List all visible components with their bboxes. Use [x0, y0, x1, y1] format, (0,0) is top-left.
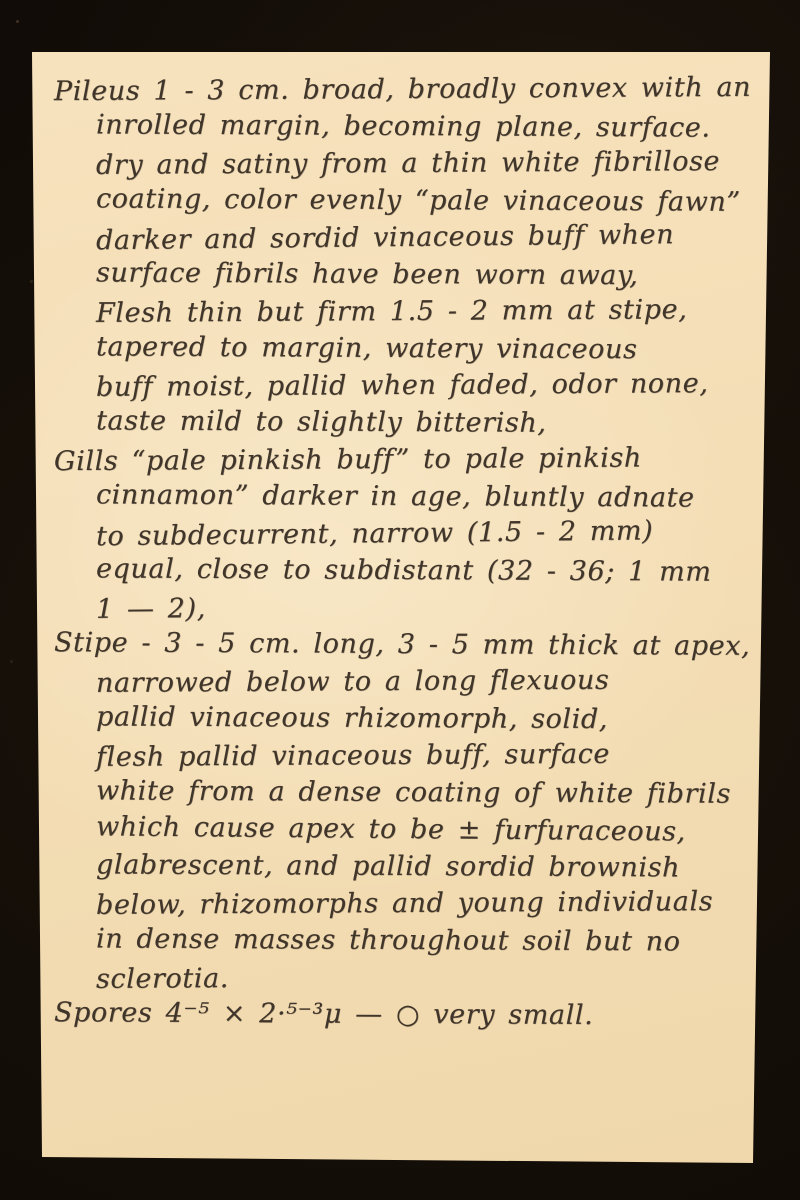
index-card: Pileus 1 - 3 cm. broad, broadly convex w… — [32, 52, 770, 1163]
handwritten-line: to subdecurrent, narrow (1.5 - 2 mm) — [54, 516, 752, 551]
handwritten-line: coating, color evenly “pale vinaceous fa… — [54, 185, 752, 217]
handwritten-note: Pileus 1 - 3 cm. broad, broadly convex w… — [32, 52, 770, 1038]
handwritten-line: glabrescent, and pallid sordid brownish — [54, 851, 752, 883]
handwritten-line: dry and satiny from a thin white fibrill… — [54, 148, 752, 180]
fabric-speck-texture — [16, 20, 19, 23]
handwritten-line: in dense masses throughout soil but no — [54, 925, 752, 957]
handwritten-line: white from a dense coating of white fibr… — [54, 777, 752, 809]
handwritten-line: sclerotia. — [54, 962, 752, 994]
handwritten-line-pileus-start: Pileus 1 - 3 cm. broad, broadly convex w… — [54, 74, 752, 106]
handwritten-line: Flesh thin but firm 1.5 - 2 mm at stipe, — [54, 296, 752, 328]
handwritten-line: which cause apex to be ± furfuraceous, — [54, 813, 752, 847]
handwritten-line: buff moist, pallid when faded, odor none… — [54, 370, 752, 402]
handwritten-line: taste mild to slightly bitterish, — [54, 407, 752, 439]
handwritten-line: below, rhizomorphs and young individuals — [54, 888, 752, 920]
handwritten-line: flesh pallid vinaceous buff, surface — [54, 740, 752, 772]
handwritten-line: darker and sordid vinaceous buff when — [54, 220, 752, 255]
handwritten-line: cinnamon” darker in age, bluntly adnate — [54, 481, 752, 513]
handwritten-line-gills-start: Gills “pale pinkish buff” to pale pinkis… — [54, 444, 752, 476]
handwritten-line: surface fibrils have been worn away, — [54, 259, 752, 291]
handwritten-line: inrolled margin, becoming plane, surface… — [54, 111, 752, 143]
handwritten-line-stipe-start: Stipe - 3 - 5 cm. long, 3 - 5 mm thick a… — [54, 629, 752, 661]
handwritten-line: 1 — 2), — [54, 592, 752, 624]
handwritten-line: pallid vinaceous rhizomorph, solid, — [54, 703, 752, 735]
handwritten-line: equal, close to subdistant (32 - 36; 1 m… — [54, 555, 752, 587]
handwritten-line: tapered to margin, watery vinaceous — [54, 333, 752, 365]
handwritten-line: narrowed below to a long flexuous — [54, 666, 752, 698]
handwritten-line-spores: Spores 4⁻⁵ × 2·⁵⁻³μ — ○ very small. — [54, 999, 752, 1031]
